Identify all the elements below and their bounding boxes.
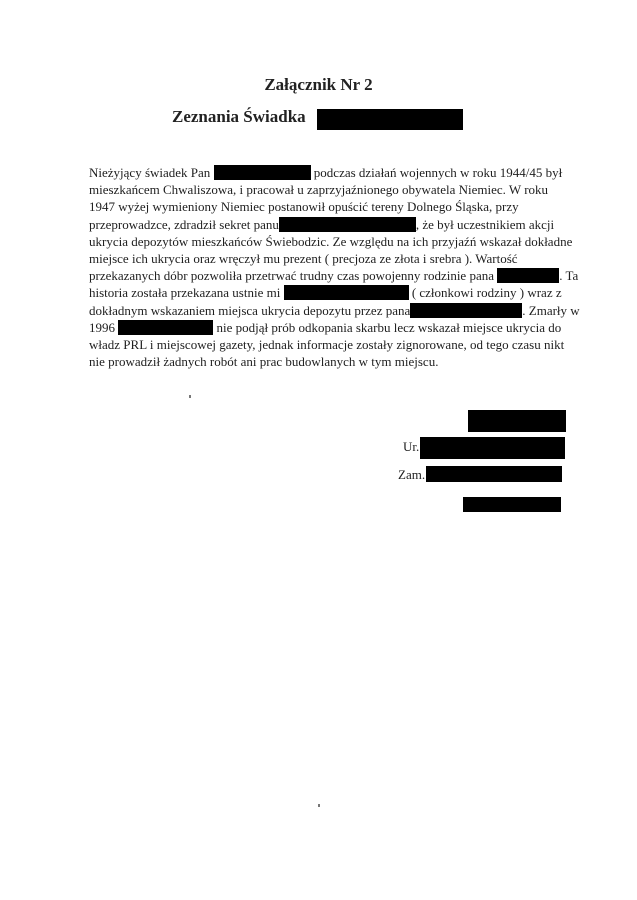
- redacted-name: [279, 217, 416, 232]
- paragraph-line: mieszkańcem Chwaliszowa, i pracował u za…: [89, 181, 569, 198]
- document-subtitle: Zeznania Świadka: [172, 107, 306, 127]
- document-title: Załącznik Nr 2: [0, 75, 637, 95]
- redacted-witness-name: [317, 109, 463, 130]
- born-label: Ur.: [403, 439, 419, 455]
- paragraph-line: władz PRL i miejscowej gazety, jednak in…: [89, 336, 569, 353]
- scan-speck: [318, 804, 320, 807]
- paragraph-line: dokładnym wskazaniem miejsca ukrycia dep…: [89, 302, 569, 319]
- scan-speck: [189, 395, 191, 398]
- redacted-address-line2: [463, 497, 561, 512]
- redacted-signature-name: [468, 410, 566, 432]
- redacted-name: [118, 320, 213, 335]
- paragraph-line: historia została przekazana ustnie mi ( …: [89, 284, 569, 301]
- paragraph-line: Nieżyjący świadek Pan podczas działań wo…: [89, 164, 569, 181]
- paragraph-line: 1947 wyżej wymieniony Niemiec postanowił…: [89, 198, 569, 215]
- redacted-name: [284, 285, 409, 300]
- redacted-address: [426, 466, 562, 482]
- testimony-paragraph: Nieżyjący świadek Pan podczas działań wo…: [89, 164, 569, 370]
- redacted-name: [214, 165, 311, 180]
- paragraph-line: miejsce ich ukrycia oraz wręczył mu prez…: [89, 250, 569, 267]
- paragraph-line: przekazanych dóbr pozwoliła przetrwać tr…: [89, 267, 569, 284]
- paragraph-line: 1996 nie podjął prób odkopania skarbu le…: [89, 319, 569, 336]
- paragraph-line: nie prowadził żadnych robót ani prac bud…: [89, 353, 569, 370]
- redacted-birth-info: [420, 437, 565, 459]
- redacted-name: [497, 268, 559, 283]
- redacted-name: [410, 303, 522, 318]
- paragraph-line: ukrycia depozytów mieszkańców Świebodzic…: [89, 233, 569, 250]
- paragraph-line: przeprowadzce, zdradził sekret panu, że …: [89, 216, 569, 233]
- address-label: Zam.: [398, 467, 425, 483]
